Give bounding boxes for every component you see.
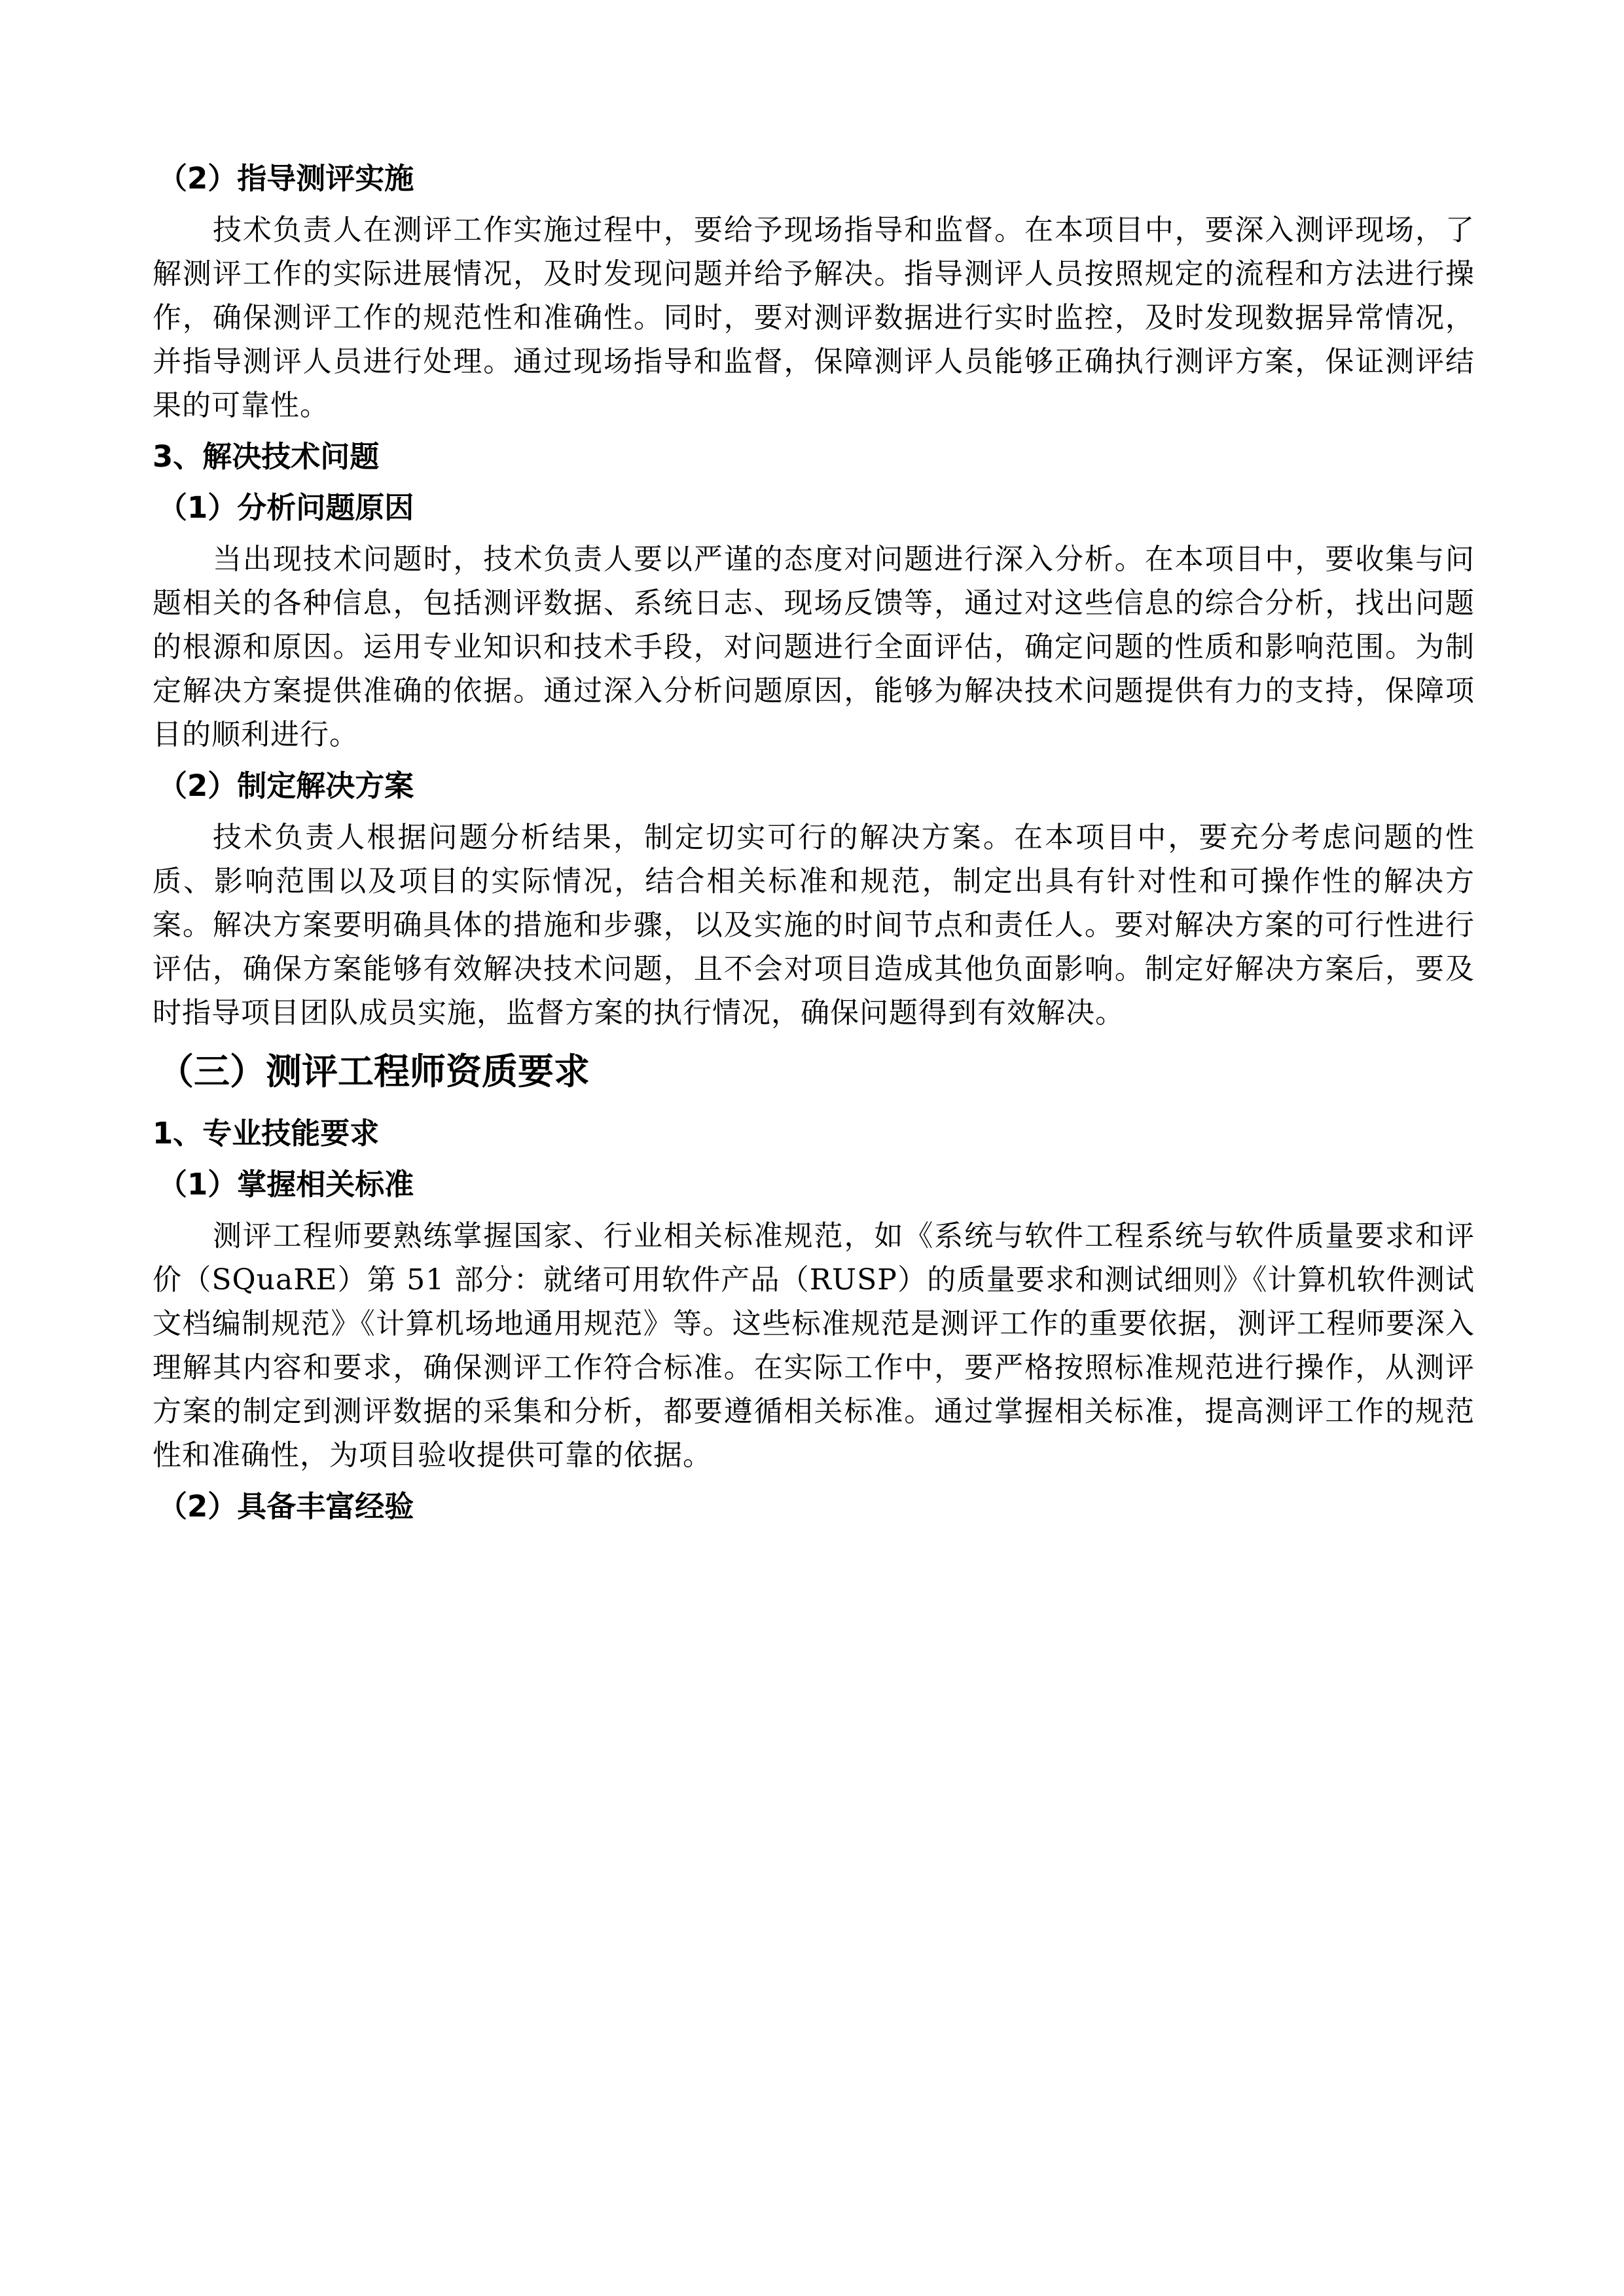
heading-analyze-causes: （1）分析问题原因 [158,486,1475,529]
heading-rich-experience: （2）具备丰富经验 [158,1485,1475,1528]
heading-formulate-solution: （2）制定解决方案 [158,764,1475,808]
paragraph-analyze-causes: 当出现技术问题时，技术负责人要以严谨的态度对问题进行深入分析。在本项目中，要收集… [153,537,1475,757]
paragraph-master-standards: 测评工程师要熟练掌握国家、行业相关标准规范，如《系统与软件工程系统与软件质量要求… [153,1214,1475,1477]
heading-solve-technical-problems: 3、解决技术问题 [153,435,1475,478]
paragraph-formulate-solution: 技术负责人根据问题分析结果，制定切实可行的解决方案。在本项目中，要充分考虑问题的… [153,816,1475,1035]
heading-professional-skills: 1、专业技能要求 [153,1112,1475,1155]
section-title-engineer-qualifications: （三）测评工程师资质要求 [158,1045,1475,1098]
paragraph-guide-implementation: 技术负责人在测评工作实施过程中，要给予现场指导和监督。在本项目中，要深入测评现场… [153,208,1475,427]
document-page: （2）指导测评实施 技术负责人在测评工作实施过程中，要给予现场指导和监督。在本项… [153,149,1475,1536]
heading-guide-implementation: （2）指导测评实施 [158,157,1475,200]
heading-master-standards: （1）掌握相关标准 [158,1163,1475,1206]
